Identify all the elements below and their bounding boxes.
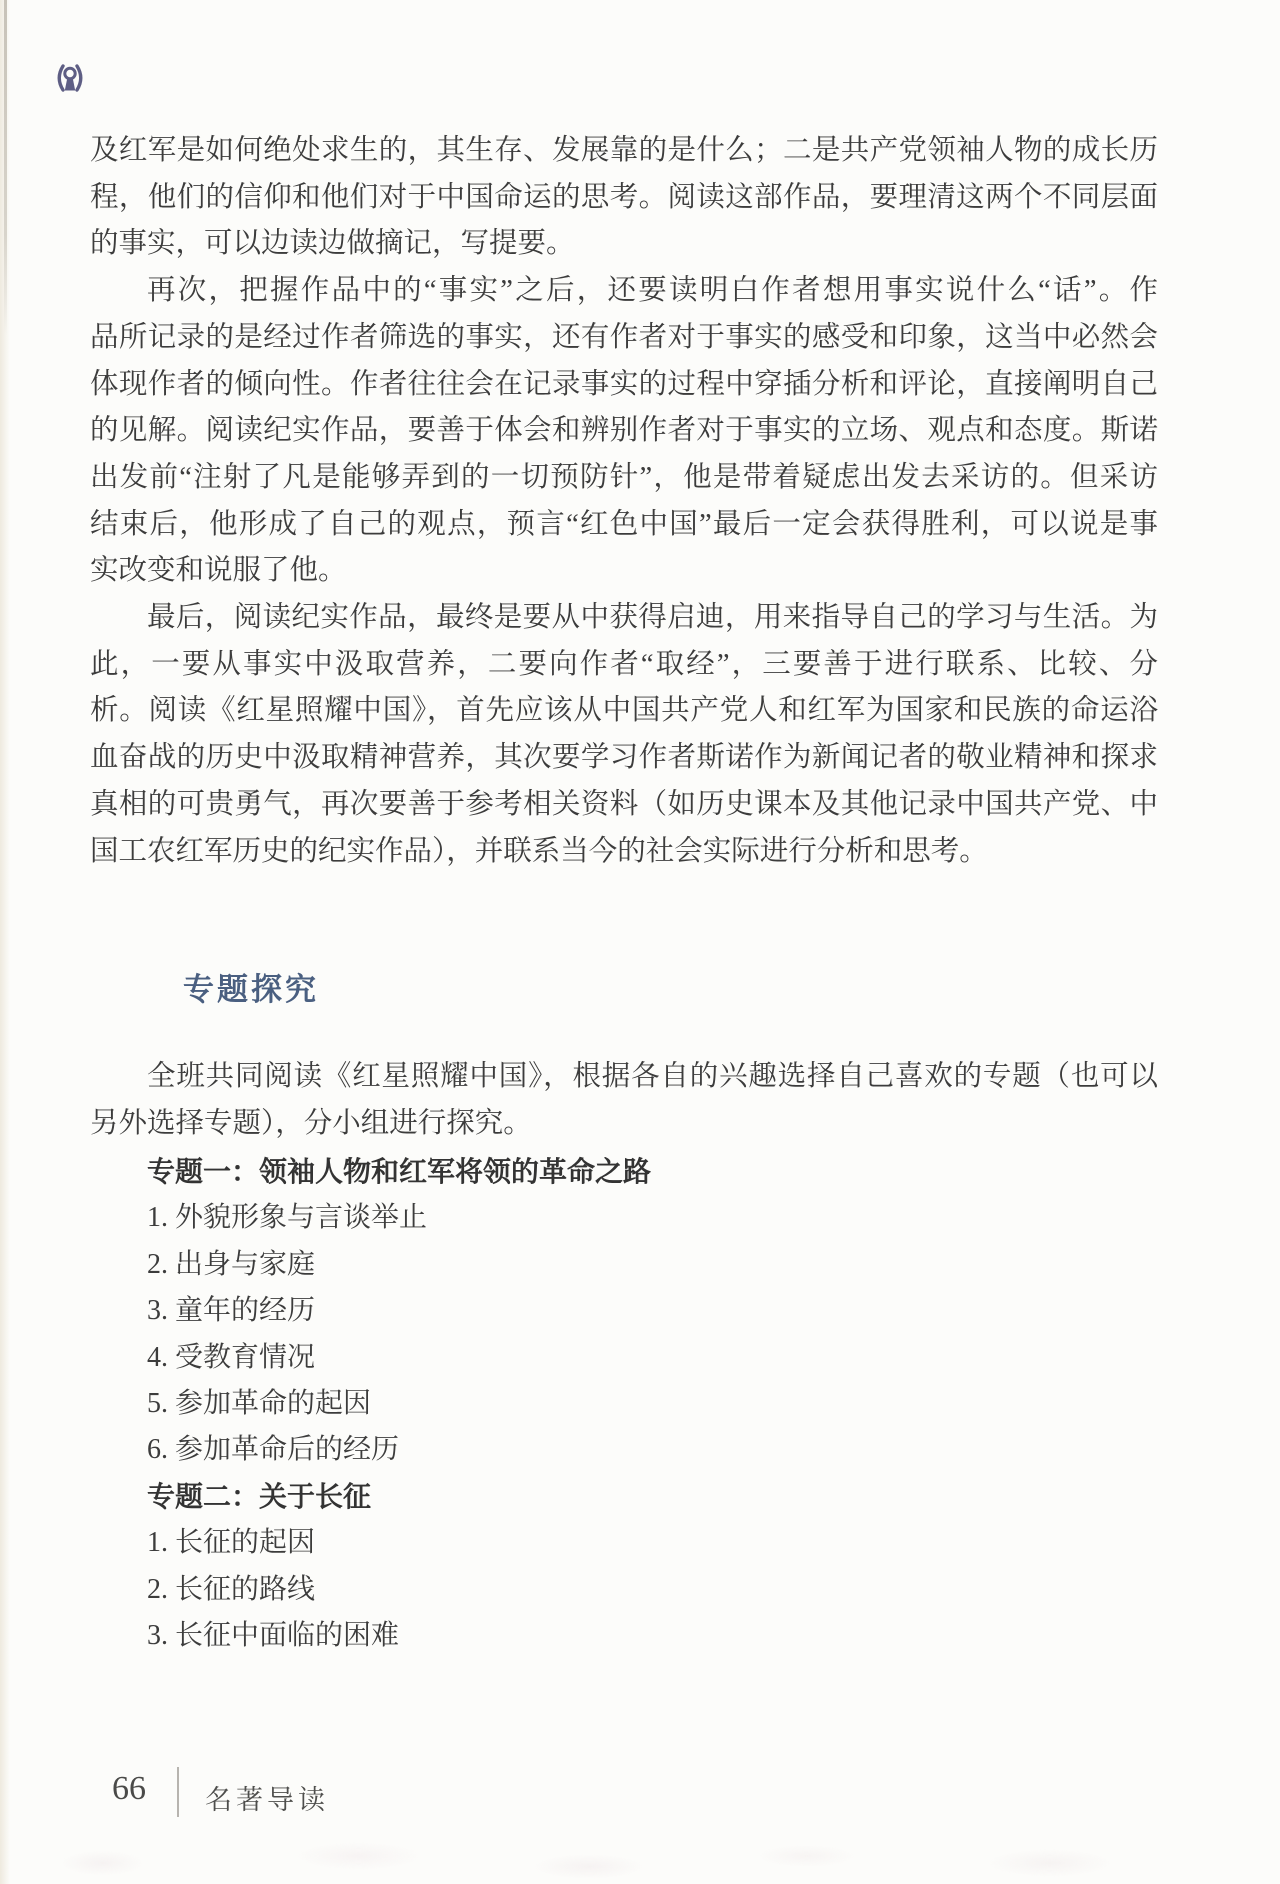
section-heading: 专题探究 [183, 964, 319, 1009]
body-line: 品所记录的是经过作者筛选的事实，还有作者对于事实的感受和印象，这当中必然会 [90, 315, 1158, 362]
body-line: 全班共同阅读《红星照耀中国》，根据各自的兴趣选择自己喜欢的专题（也可以 [90, 1054, 1158, 1101]
body-line: 血奋战的历史中汲取精神营养，其次要学习作者斯诺作为新闻记者的敬业精神和探求 [90, 735, 1158, 782]
paragraph-zuihou: 最后，阅读纪实作品，最终是要从中获得启迪，用来指导自己的学习与生活。为此，一要从… [90, 595, 1158, 875]
topic-item: 2. 长征的路线 [90, 1567, 1158, 1613]
topic-item: 5. 参加革命的起因 [90, 1381, 1158, 1427]
paragraph-zaici: 再次，把握作品中的“事实”之后，还要读明白作者想用事实说什么“话”。作品所记录的… [90, 268, 1158, 595]
body-line: 另外选择专题），分小组进行探究。 [90, 1101, 1158, 1148]
body-line: 及红军是如何绝处求生的，其生存、发展靠的是什么；二是共产党领袖人物的成长历 [90, 128, 1158, 175]
topics-list: 专题一：领袖人物和红军将领的革命之路 1. 外貌形象与言谈举止2. 出身与家庭3… [90, 1149, 1158, 1659]
body-line: 的事实，可以边读边做摘记，写提要。 [90, 221, 1158, 268]
footer-section-label: 名著导读 [205, 1778, 329, 1817]
body-text: 及红军是如何绝处求生的，其生存、发展靠的是什么；二是共产党领袖人物的成长历程，他… [90, 128, 1158, 875]
paragraph-continuation: 及红军是如何绝处求生的，其生存、发展靠的是什么；二是共产党领袖人物的成长历程，他… [90, 128, 1158, 268]
body-line: 最后，阅读纪实作品，最终是要从中获得启迪，用来指导自己的学习与生活。为 [90, 595, 1158, 642]
person-between-arcs-icon [54, 62, 86, 96]
topic-item: 3. 长征中面临的困难 [90, 1613, 1158, 1659]
body-line: 体现作者的倾向性。作者往往会在记录事实的过程中穿插分析和评论，直接阐明自己 [90, 362, 1158, 409]
topic-item: 3. 童年的经历 [90, 1288, 1158, 1334]
intro-paragraph: 全班共同阅读《红星照耀中国》，根据各自的兴趣选择自己喜欢的专题（也可以另外选择专… [90, 1054, 1158, 1147]
body-line: 实改变和说服了他。 [90, 548, 1158, 595]
topic-item: 1. 外貌形象与言谈举止 [90, 1195, 1158, 1241]
page-edge-line [4, 0, 7, 335]
topic-item: 6. 参加革命后的经历 [90, 1427, 1158, 1473]
body-line: 结束后，他形成了自己的观点，预言“红色中国”最后一定会获得胜利，可以说是事 [90, 502, 1158, 549]
body-line: 真相的可贵勇气，再次要善于参考相关资料（如历史课本及其他记录中国共产党、中 [90, 782, 1158, 829]
body-line: 程，他们的信仰和他们对于中国命运的思考。阅读这部作品，要理清这两个不同层面 [90, 175, 1158, 222]
bleed-through-smudges [0, 1814, 1280, 1884]
body-line: 此，一要从事实中汲取营养，二要向作者“取经”，三要善于进行联系、比较、分 [90, 642, 1158, 689]
topic-item: 2. 出身与家庭 [90, 1242, 1158, 1288]
section-intro: 全班共同阅读《红星照耀中国》，根据各自的兴趣选择自己喜欢的专题（也可以另外选择专… [90, 1054, 1158, 1147]
body-line: 国工农红军历史的纪实作品），并联系当今的社会实际进行分析和思考。 [90, 829, 1158, 876]
topic1-items: 1. 外貌形象与言谈举止2. 出身与家庭3. 童年的经历4. 受教育情况5. 参… [90, 1195, 1158, 1473]
body-line: 析。阅读《红星照耀中国》，首先应该从中国共产党人和红军为国家和民族的命运浴 [90, 688, 1158, 735]
footer-divider [177, 1767, 179, 1817]
body-line: 出发前“注射了凡是能够弄到的一切预防针”，他是带着疑虑出发去采访的。但采访 [90, 455, 1158, 502]
body-line: 再次，把握作品中的“事实”之后，还要读明白作者想用事实说什么“话”。作 [90, 268, 1158, 315]
body-line: 的见解。阅读纪实作品，要善于体会和辨别作者对于事实的立场、观点和态度。斯诺 [90, 408, 1158, 455]
page-number: 66 [112, 1770, 146, 1808]
topic2-title: 专题二：关于长征 [90, 1474, 1158, 1520]
topic2-items: 1. 长征的起因2. 长征的路线3. 长征中面临的困难 [90, 1520, 1158, 1659]
textbook-page: { "colors": { "heading_blue": "#4a5f80",… [0, 0, 1280, 1884]
topic1-title: 专题一：领袖人物和红军将领的革命之路 [90, 1149, 1158, 1195]
topic-item: 4. 受教育情况 [90, 1335, 1158, 1381]
topic-item: 1. 长征的起因 [90, 1520, 1158, 1566]
